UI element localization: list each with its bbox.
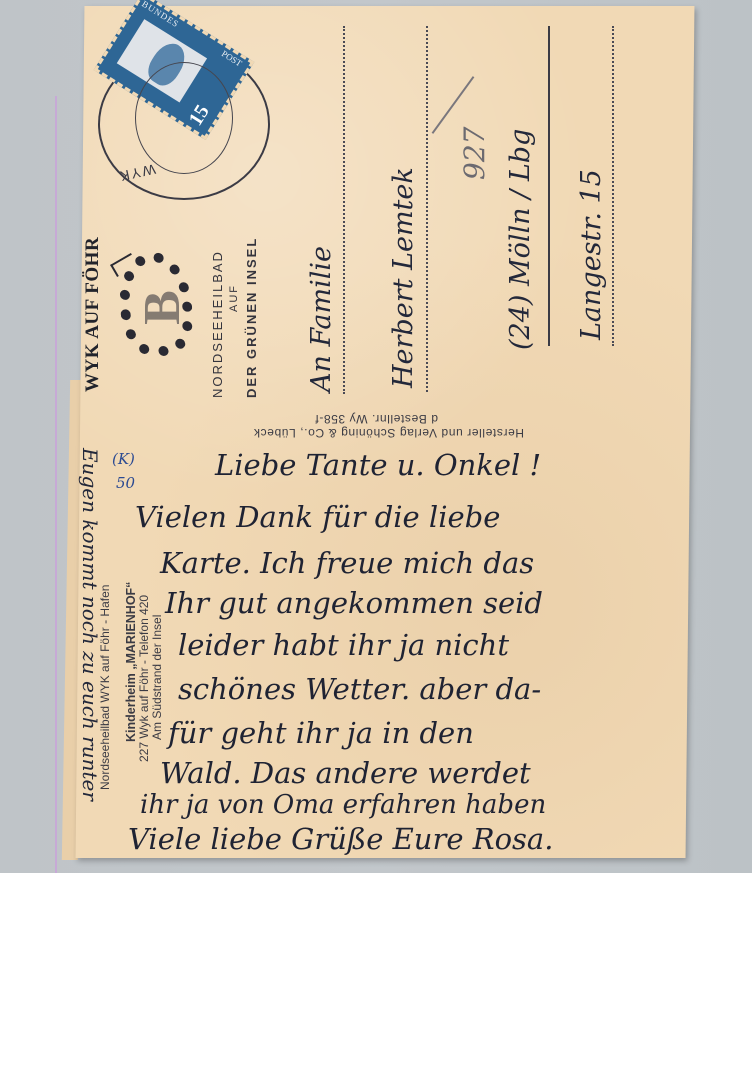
postmark-inner-ring	[135, 62, 233, 174]
cachet-line-2: AUF	[228, 284, 240, 312]
blue-note-top: (K)	[112, 450, 135, 468]
address-line-4-rule	[612, 26, 614, 346]
left-print-line-2: Kinderheim „MARIENHOF“	[124, 582, 138, 742]
address-street: Langestr. 15	[576, 169, 607, 340]
message-line: Ihr gut angekommen seid	[165, 586, 543, 620]
scan-artifact-line	[55, 96, 57, 873]
message-line: für geht ihr ja in den	[168, 716, 474, 750]
address-line-2-rule	[426, 26, 428, 392]
message-line: Karte. Ich freue mich das	[160, 546, 534, 580]
address-line-1-rule	[343, 26, 345, 394]
logo-letter: B	[133, 290, 192, 325]
message-line: ihr ja von Oma erfahren haben	[140, 790, 546, 820]
blue-note-bottom: 50	[116, 474, 135, 492]
address-city: (24) Mölln / Lbg	[505, 129, 536, 350]
left-print-line-4: Am Südstrand der Insel	[150, 615, 164, 740]
message-line: Viele liebe Grüße Eure Rosa.	[128, 822, 553, 856]
address-recipient: An Familie	[306, 246, 337, 392]
message-line: schönes Wetter. aber da-	[178, 672, 541, 706]
cachet-title: WYK AUF FÖHR	[82, 237, 104, 392]
message-line: Vielen Dank für die liebe	[135, 500, 500, 534]
message-line: Wald. Das andere werdet	[160, 756, 531, 790]
publisher-line-1: Hersteller und Verlag Schöning & Co., Lü…	[253, 426, 524, 440]
address-line-3-rule	[548, 26, 550, 346]
address-name: Herbert Lemtek	[388, 167, 419, 388]
pencil-note: 927	[458, 127, 491, 180]
cachet-line-1: NORDSEEHEILBAD	[210, 250, 225, 398]
margin-handwriting: Eugen kommt noch zu euch runter	[78, 448, 102, 801]
publisher-line-2: d Bestellnr. Wy 358-f	[315, 412, 438, 426]
message-line: Liebe Tante u. Onkel !	[215, 448, 541, 482]
message-line: leider habt ihr ja nicht	[178, 628, 509, 662]
left-print-line-3: 227 Wyk auf Föhr - Telefon 420	[137, 595, 151, 762]
cachet-line-3: DER GRÜNEN INSEL	[244, 237, 259, 398]
